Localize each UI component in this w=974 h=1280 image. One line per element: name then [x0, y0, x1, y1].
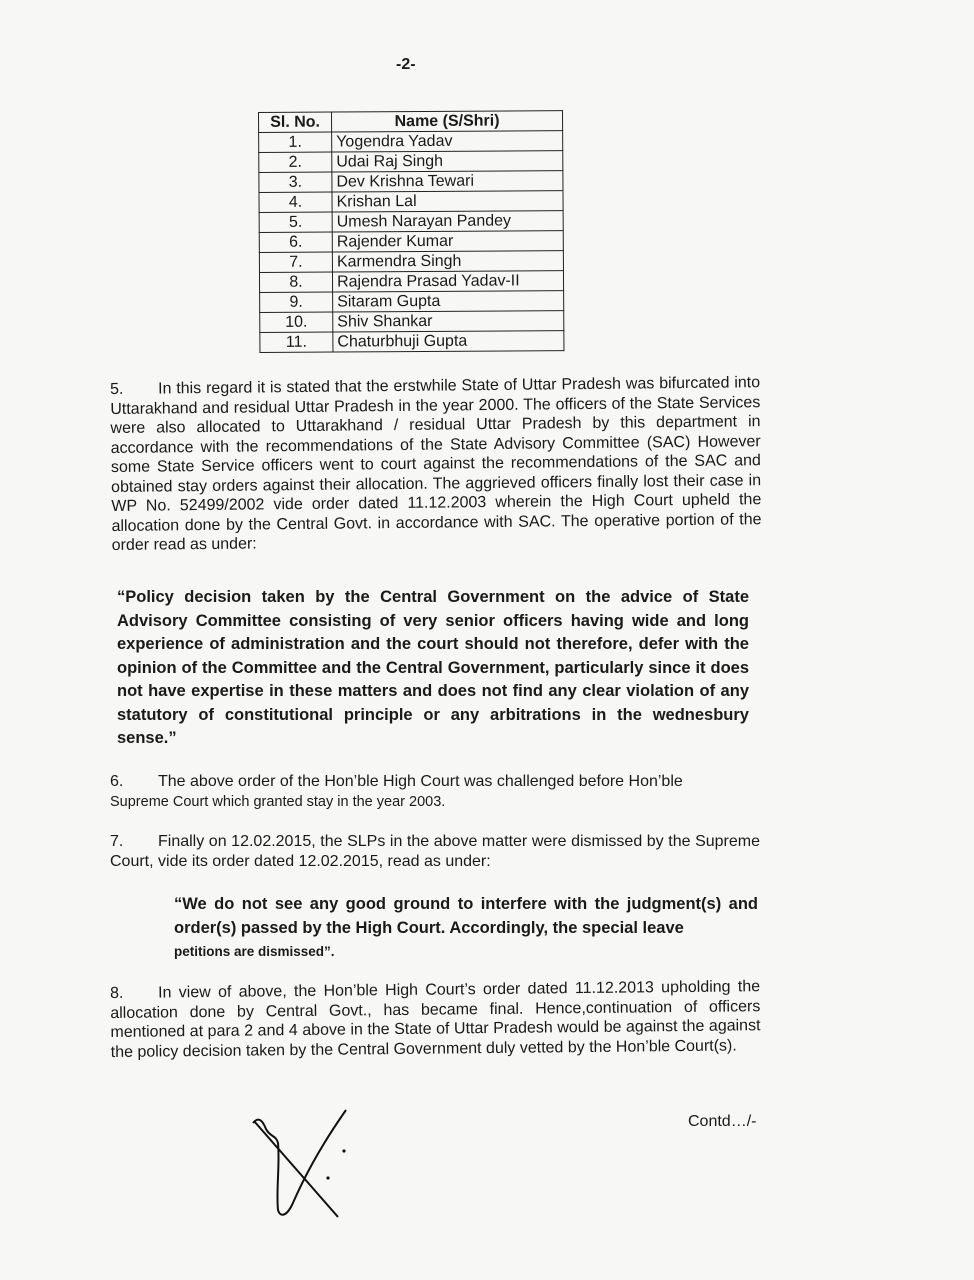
- table-row: 5.Umesh Narayan Pandey: [259, 211, 563, 233]
- quote-text: “We do not see any good ground to interf…: [174, 895, 758, 937]
- paragraph-text: In this regard it is stated that the ers…: [110, 374, 761, 554]
- serial-number-cell: 7.: [259, 252, 332, 272]
- paragraph-text-tail: Supreme Court which granted stay in the …: [110, 794, 445, 810]
- table-row: 9.Sitaram Gupta: [260, 291, 564, 313]
- table-row: 1.Yogendra Yadav: [259, 131, 563, 153]
- officer-name-cell: Umesh Narayan Pandey: [332, 211, 563, 232]
- officer-name-cell: Sitaram Gupta: [333, 291, 564, 312]
- serial-number-cell: 10.: [260, 312, 333, 332]
- serial-number-cell: 6.: [259, 232, 332, 252]
- officer-name-cell: Karmendra Singh: [332, 251, 563, 272]
- table-row: 2.Udai Raj Singh: [259, 151, 563, 173]
- serial-number-cell: 2.: [259, 152, 332, 172]
- officer-name-cell: Yogendra Yadav: [332, 131, 563, 152]
- header-name: Name (S/Shri): [332, 111, 563, 132]
- serial-number-cell: 5.: [259, 212, 332, 232]
- page-number: -2-: [396, 56, 416, 74]
- table-header-row: Sl. No. Name (S/Shri): [259, 111, 563, 133]
- table-row: 4.Krishan Lal: [259, 191, 563, 213]
- table-row: 6.Rajender Kumar: [259, 231, 563, 253]
- paragraph-text: Finally on 12.02.2015, the SLPs in the a…: [110, 833, 760, 870]
- paragraph-number: 8.: [110, 983, 158, 1003]
- paragraph-number: 6.: [110, 772, 158, 792]
- paragraph-text: In view of above, the Hon’ble High Court…: [110, 978, 760, 1060]
- officers-table: Sl. No. Name (S/Shri) 1.Yogendra Yadav2.…: [258, 110, 564, 353]
- high-court-quote: “Policy decision taken by the Central Go…: [117, 586, 749, 751]
- paragraph-7: 7.Finally on 12.02.2015, the SLPs in the…: [110, 832, 760, 871]
- officer-name-cell: Krishan Lal: [332, 191, 563, 212]
- table-row: 8.Rajendra Prasad Yadav-II: [259, 271, 563, 293]
- officer-name-cell: Udai Raj Singh: [332, 151, 563, 172]
- serial-number-cell: 9.: [260, 292, 333, 312]
- continued-marker: Contd…/-: [688, 1113, 756, 1131]
- officer-name-cell: Chaturbhuji Gupta: [333, 331, 564, 352]
- serial-number-cell: 3.: [259, 172, 332, 192]
- officer-name-cell: Dev Krishna Tewari: [332, 171, 563, 192]
- table-row: 10.Shiv Shankar: [260, 311, 564, 333]
- paragraph-8: 8.In view of above, the Hon’ble High Cou…: [110, 977, 761, 1062]
- serial-number-cell: 4.: [259, 192, 332, 212]
- header-sl-no: Sl. No.: [259, 112, 332, 132]
- table-row: 11.Chaturbhuji Gupta: [260, 331, 564, 353]
- officer-name-cell: Rajender Kumar: [332, 231, 563, 252]
- serial-number-cell: 8.: [259, 272, 332, 292]
- paragraph-text: The above order of the Hon’ble High Cour…: [158, 773, 683, 790]
- signature-icon: [248, 1105, 358, 1235]
- quote-text-tail: petitions are dismissed”.: [174, 944, 335, 959]
- serial-number-cell: 11.: [260, 332, 333, 352]
- paragraph-number: 5.: [110, 379, 158, 399]
- officer-name-cell: Shiv Shankar: [333, 311, 564, 332]
- paragraph-5: 5.In this regard it is stated that the e…: [110, 373, 762, 555]
- paragraph-number: 7.: [110, 832, 158, 852]
- paragraph-6: 6.The above order of the Hon’ble High Co…: [110, 772, 760, 812]
- supreme-court-quote: “We do not see any good ground to interf…: [174, 893, 758, 964]
- serial-number-cell: 1.: [259, 132, 332, 152]
- table-row: 7.Karmendra Singh: [259, 251, 563, 273]
- officer-name-cell: Rajendra Prasad Yadav-II: [332, 271, 563, 292]
- table-row: 3.Dev Krishna Tewari: [259, 171, 563, 193]
